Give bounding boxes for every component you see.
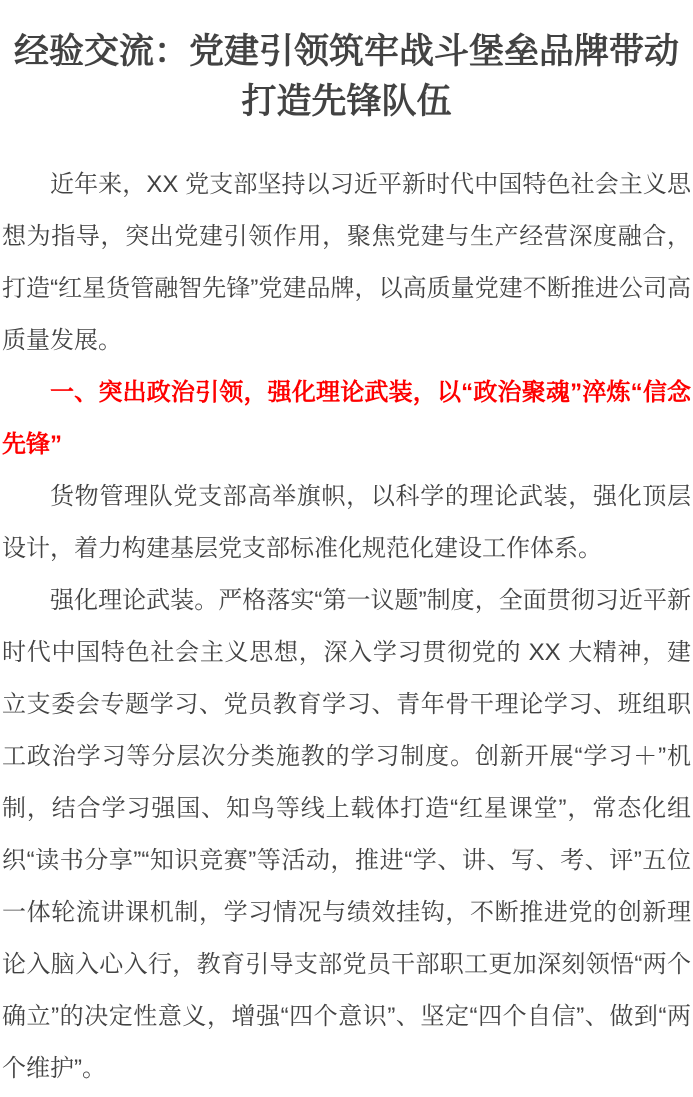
article-title: 经验交流：党建引领筑牢战斗堡垒品牌带动打造先锋队伍 xyxy=(2,27,691,127)
paragraph: 强化理论武装。严格落实“第一议题”制度，全面贯彻习近平新时代中国特色社会主义思想… xyxy=(2,575,691,1095)
article-body: 近年来，XX 党支部坚持以习近平新时代中国特色社会主义思想为指导，突出党建引领作… xyxy=(2,159,691,1095)
paragraph: 货物管理队党支部高举旗帜，以科学的理论武装，强化顶层设计，着力构建基层党支部标准… xyxy=(2,471,691,575)
document-page: 经验交流：党建引领筑牢战斗堡垒品牌带动打造先锋队伍 近年来，XX 党支部坚持以习… xyxy=(0,0,693,1097)
paragraph: 近年来，XX 党支部坚持以习近平新时代中国特色社会主义思想为指导，突出党建引领作… xyxy=(2,159,691,367)
section-heading: 一、突出政治引领，强化理论武装，以“政治聚魂”淬炼“信念先锋” xyxy=(2,367,691,471)
